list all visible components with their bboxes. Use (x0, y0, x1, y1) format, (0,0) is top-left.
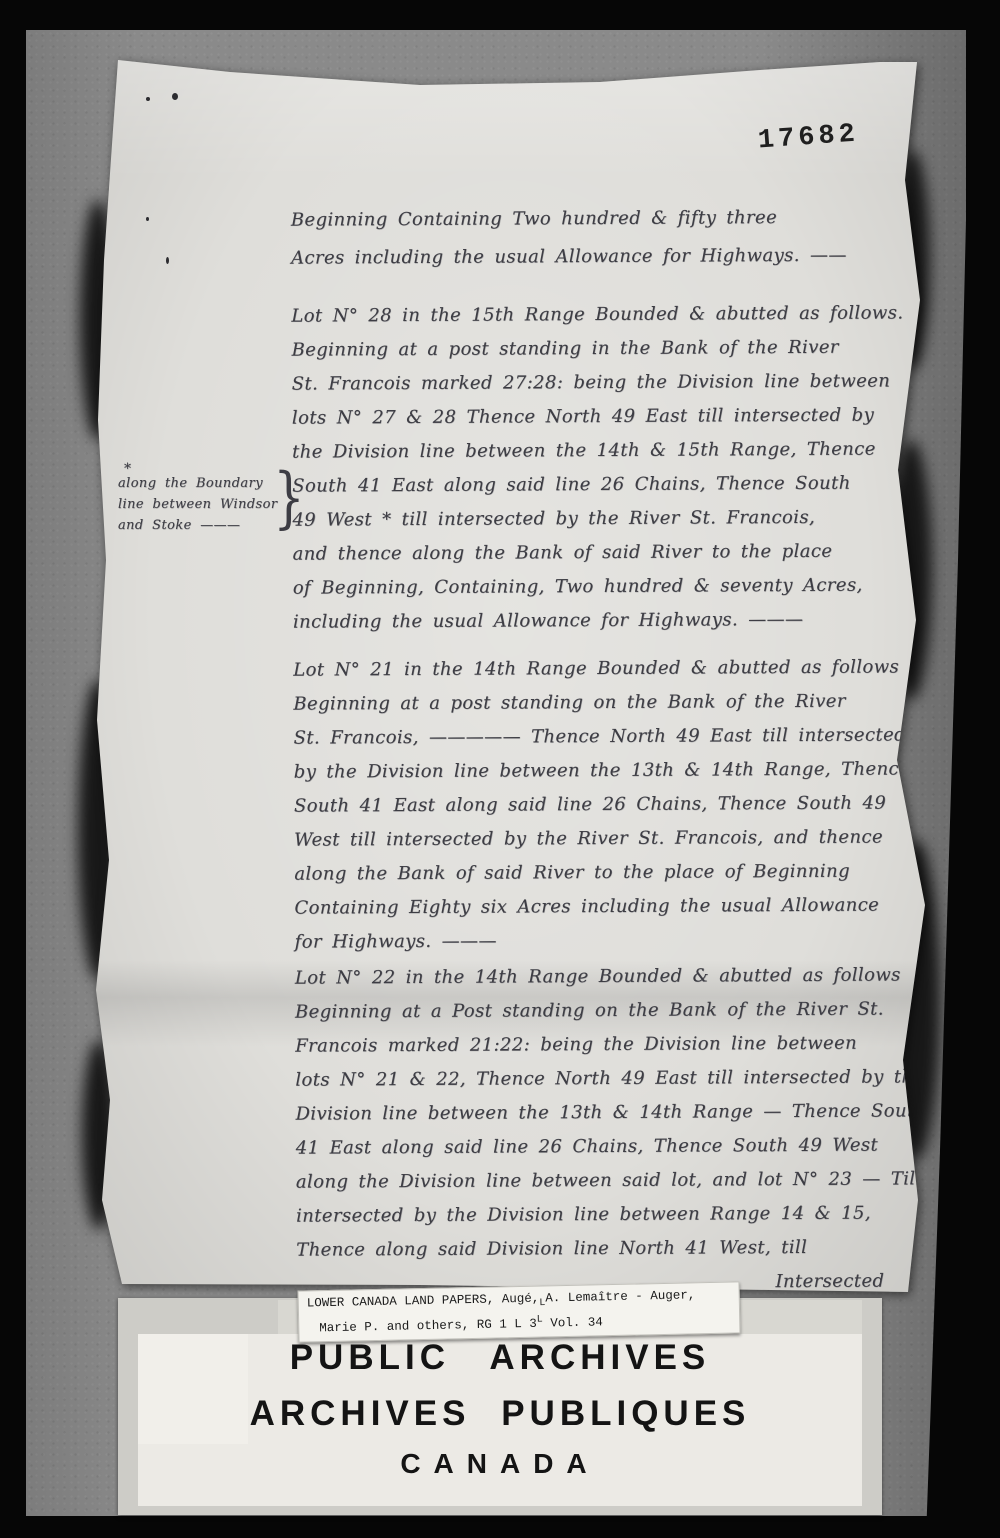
archives-stamp-country: CANADA (118, 1448, 882, 1480)
paragraph-lot-28: Lot N° 28 in the 15th Range Bounded & ab… (291, 296, 917, 639)
manuscript-line: Beginning at a Post standing on the Bank… (295, 992, 919, 1029)
manuscript-line: West till intersected by the River St. F… (294, 820, 918, 857)
manuscript-line: including the usual Allowance for Highwa… (293, 602, 917, 639)
manuscript-line: lots N° 27 & 28 Thence North 49 East til… (292, 398, 916, 435)
manuscript-line: Francois marked 21:22: being the Divisio… (295, 1026, 919, 1063)
manuscript-line: South 41 East along said line 26 Chains,… (294, 786, 918, 823)
manuscript-line: the Division line between the 14th & 15t… (292, 432, 916, 469)
ink-speck (146, 217, 149, 221)
manuscript-line: St. Francois, ————— Thence North 49 East… (293, 718, 917, 755)
paragraph-lot-21: Lot N° 21 in the 14th Range Bounded & ab… (293, 650, 919, 959)
margin-note-line: and Stoke ——— (118, 515, 288, 536)
manuscript-line: 49 West * till intersected by the River … (292, 500, 916, 537)
reference-label-line2-suffix: Vol. 34 (543, 1315, 603, 1330)
manuscript-line: and thence along the Bank of said River … (293, 534, 917, 571)
archives-stamp-french: ARCHIVES PUBLIQUES (118, 1394, 882, 1434)
manuscript-line: Beginning at a post standing on the Bank… (293, 684, 917, 721)
manuscript-line: by the Division line between the 13th & … (294, 752, 918, 789)
ink-speck (146, 97, 150, 101)
manuscript-line: along the Bank of said River to the plac… (294, 854, 918, 891)
manuscript-line: Division line between the 13th & 14th Ra… (295, 1094, 919, 1131)
paragraph-closing-lot27: Beginning Containing Two hundred & fifty… (291, 198, 915, 277)
manuscript-line: Containing Eighty six Acres including th… (294, 888, 918, 925)
reference-label-line2-prefix: Marie P. and others, RG 1 L 3 (319, 1316, 537, 1335)
manuscript-line: 41 East along said line 26 Chains, Thenc… (296, 1128, 920, 1165)
reference-label-line1-prefix: LOWER CANADA LAND PAPERS, Augé, (307, 1292, 540, 1311)
margin-note: * along the Boundary line between Windso… (118, 473, 288, 536)
manuscript-line: lots N° 21 & 22, Thence North 49 East ti… (295, 1060, 919, 1097)
manuscript-line: Acres including the usual Allowance for … (291, 236, 915, 277)
margin-note-asterisk: * (124, 461, 131, 477)
manuscript-line: South 41 East along said line 26 Chains,… (292, 466, 916, 503)
margin-note-line: line between Windsor (118, 494, 288, 515)
manuscript-line: Lot N° 22 in the 14th Range Bounded & ab… (295, 958, 919, 995)
manuscript-line: St. Francois marked 27:28: being the Div… (292, 364, 916, 401)
manuscript-line: intersected by the Division line between… (296, 1196, 920, 1233)
manuscript-line: Beginning at a post standing in the Bank… (291, 330, 915, 367)
archives-stamp-english: PUBLIC ARCHIVES (118, 1338, 882, 1378)
page-number-stamp: 17682 (757, 120, 860, 157)
manuscript-line: along the Division line between said lot… (296, 1162, 920, 1199)
reference-label: LOWER CANADA LAND PAPERS, Augé,LA. Lemaî… (298, 1281, 741, 1342)
manuscript-line: Thence along said Division line North 41… (296, 1230, 920, 1267)
manuscript-line: Lot N° 28 in the 15th Range Bounded & ab… (291, 296, 915, 333)
manuscript-line: for Highways. ——— (295, 922, 919, 959)
ink-speck (166, 257, 169, 264)
margin-note-line: along the Boundary (118, 473, 288, 494)
manuscript-line: Beginning Containing Two hundred & fifty… (291, 198, 915, 239)
paragraph-lot-22: Lot N° 22 in the 14th Range Bounded & ab… (295, 958, 921, 1301)
manuscript-page: 17682 * along the Boundary line between … (90, 55, 930, 1295)
manuscript-line: of Beginning, Containing, Two hundred & … (293, 568, 917, 605)
manuscript-line: Lot N° 21 in the 14th Range Bounded & ab… (293, 650, 917, 687)
reference-label-line1-suffix: A. Lemaître - Auger, (545, 1288, 695, 1305)
ink-speck (172, 93, 178, 100)
